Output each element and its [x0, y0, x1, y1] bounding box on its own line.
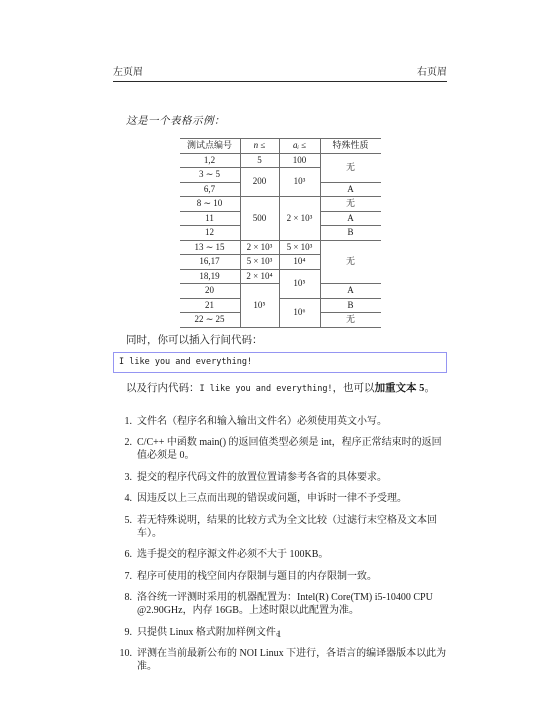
table-cell: 2 × 10³	[279, 197, 320, 241]
table-cell: 5	[240, 153, 279, 168]
table-cell: 无	[320, 313, 381, 328]
table-cell: 18,19	[180, 269, 241, 284]
list-item-number: 2.	[113, 436, 132, 462]
inline-end-text: 。	[424, 383, 435, 394]
table-intro-paragraph: 这是一个表格示例：	[113, 115, 447, 128]
table-cell: A	[320, 211, 381, 226]
list-item: 10. 评测在当前最新公布的 NOI Linux 下进行，各语言的编译器版本以此…	[113, 647, 447, 673]
inline-code-paragraph: 以及行内代码：I like you and everything!，也可以加重文…	[113, 382, 447, 396]
list-item-number: 3.	[113, 471, 132, 484]
table-cell: 无	[320, 240, 381, 284]
table-cell: A	[320, 284, 381, 299]
col-header-testcase: 测试点编号	[180, 139, 241, 154]
table-cell: 20	[180, 284, 241, 299]
list-item-text: C/C++ 中函数 main() 的返回值类型必须是 int，程序正常结束时的返…	[137, 436, 447, 462]
table-cell: 3 ∼ 5	[180, 168, 241, 183]
inline-bold-text: 加重文本 5	[375, 383, 425, 394]
table-cell: A	[320, 182, 381, 197]
table-cell: 6,7	[180, 182, 241, 197]
table-cell: 500	[240, 197, 279, 241]
table-cell: 1,2	[180, 153, 241, 168]
table-row: 1,2 5 100 无	[180, 153, 381, 168]
code-block: I like you and everything!	[113, 352, 447, 373]
list-item-number: 6.	[113, 548, 132, 561]
constraints-table-wrapper: 测试点编号 n ≤ aᵢ ≤ 特殊性质 1,2 5 100 无 3 ∼ 5 20…	[113, 138, 447, 328]
table-cell: 10³	[279, 168, 320, 197]
page-number: 1	[0, 630, 558, 640]
table-cell: 10⁶	[279, 298, 320, 327]
table-cell: 10⁴	[279, 255, 320, 270]
list-item: 4. 因违反以上三点而出现的错误或问题，申诉时一律不予受理。	[113, 492, 447, 505]
list-item: 2. C/C++ 中函数 main() 的返回值类型必须是 int，程序正常结束…	[113, 436, 447, 462]
list-item-number: 4.	[113, 492, 132, 505]
table-cell: 21	[180, 298, 241, 313]
table-row: 13 ∼ 15 2 × 10³ 5 × 10³ 无	[180, 240, 381, 255]
inline-pre-text: 以及行内代码：	[126, 383, 200, 394]
table-cell: 2 × 10³	[240, 240, 279, 255]
inline-code: I like you and everything!	[200, 384, 333, 394]
list-item-number: 10.	[113, 647, 132, 673]
table-cell: 11	[180, 211, 241, 226]
table-cell: 无	[320, 153, 381, 182]
header-right: 右页眉	[417, 67, 447, 78]
list-item-number: 5.	[113, 514, 132, 540]
inline-mid-text: ，也可以	[333, 383, 375, 394]
col-header-special: 特殊性质	[320, 139, 381, 154]
list-item-text: 洛谷统一评测时采用的机器配置为：Intel(R) Core(TM) i5-104…	[137, 591, 447, 617]
list-item: 7. 程序可使用的栈空间内存限制与题目的内存限制一致。	[113, 570, 447, 583]
table-header-row: 测试点编号 n ≤ aᵢ ≤ 特殊性质	[180, 139, 381, 154]
list-item-number: 1.	[113, 415, 132, 428]
table-cell: 10⁵	[279, 269, 320, 298]
list-item: 1. 文件名（程序名和输入输出文件名）必须使用英文小写。	[113, 415, 447, 428]
list-item: 6. 选手提交的程序源文件必须不大于 100KB。	[113, 548, 447, 561]
table-cell: 10⁵	[240, 284, 279, 328]
list-item-number: 7.	[113, 570, 132, 583]
table-cell: 2 × 10⁴	[240, 269, 279, 284]
page-content: 左页眉 右页眉 这是一个表格示例： 测试点编号 n ≤ aᵢ ≤ 特殊性质 1,…	[113, 67, 447, 682]
table-cell: 8 ∼ 10	[180, 197, 241, 212]
table-cell: 无	[320, 197, 381, 212]
table-cell: 200	[240, 168, 279, 197]
list-item-text: 文件名（程序名和输入输出文件名）必须使用英文小写。	[137, 415, 447, 428]
table-cell: B	[320, 298, 381, 313]
list-item-text: 若无特殊说明，结果的比较方式为全文比较（过滤行末空格及文本回车）。	[137, 514, 447, 540]
table-cell: 22 ∼ 25	[180, 313, 241, 328]
table-row: 21 10⁶ B	[180, 298, 381, 313]
col-header-n: n ≤	[240, 139, 279, 154]
table-cell: 16,17	[180, 255, 241, 270]
table-cell: B	[320, 226, 381, 241]
document-page: 左页眉 右页眉 这是一个表格示例： 测试点编号 n ≤ aᵢ ≤ 特殊性质 1,…	[0, 0, 558, 722]
list-item-text: 因违反以上三点而出现的错误或问题，申诉时一律不予受理。	[137, 492, 447, 505]
table-cell: 5 × 10³	[279, 240, 320, 255]
list-item: 3. 提交的程序代码文件的放置位置请参考各省的具体要求。	[113, 471, 447, 484]
table-cell: 12	[180, 226, 241, 241]
list-item-text: 提交的程序代码文件的放置位置请参考各省的具体要求。	[137, 471, 447, 484]
code-intro-paragraph: 同时，你可以插入行间代码：	[113, 334, 447, 347]
table-row: 8 ∼ 10 500 2 × 10³ 无	[180, 197, 381, 212]
list-item-text: 选手提交的程序源文件必须不大于 100KB。	[137, 548, 447, 561]
running-header: 左页眉 右页眉	[113, 67, 447, 82]
table-cell: 100	[279, 153, 320, 168]
constraints-table: 测试点编号 n ≤ aᵢ ≤ 特殊性质 1,2 5 100 无 3 ∼ 5 20…	[180, 138, 381, 328]
list-item-text: 程序可使用的栈空间内存限制与题目的内存限制一致。	[137, 570, 447, 583]
list-item: 5. 若无特殊说明，结果的比较方式为全文比较（过滤行末空格及文本回车）。	[113, 514, 447, 540]
list-item-text: 评测在当前最新公布的 NOI Linux 下进行，各语言的编译器版本以此为准。	[137, 647, 447, 673]
header-left: 左页眉	[113, 67, 143, 78]
list-item: 8. 洛谷统一评测时采用的机器配置为：Intel(R) Core(TM) i5-…	[113, 591, 447, 617]
list-item-number: 8.	[113, 591, 132, 617]
table-cell: 13 ∼ 15	[180, 240, 241, 255]
col-header-ai: aᵢ ≤	[279, 139, 320, 154]
table-cell: 5 × 10³	[240, 255, 279, 270]
